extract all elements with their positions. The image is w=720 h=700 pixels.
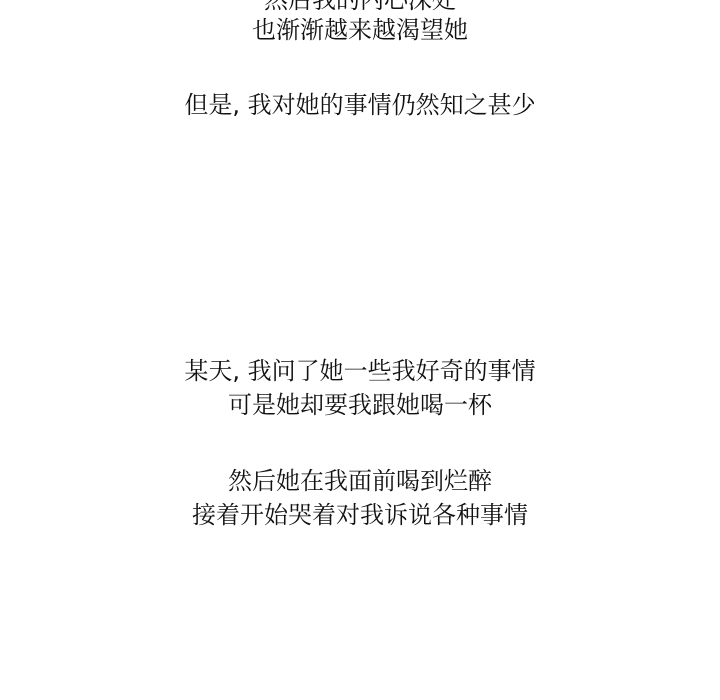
caption-line-2: 也渐渐越来越渴望她 <box>0 13 720 47</box>
caption-line-6: 然后她在我面前喝到烂醉 <box>0 464 720 498</box>
caption-line-4: 某天, 我问了她一些我好奇的事情 <box>0 354 720 388</box>
caption-line-5: 可是她却要我跟她喝一杯 <box>0 388 720 422</box>
comic-panel: 然后我的内心深处 也渐渐越来越渴望她 但是, 我对她的事情仍然知之甚少 某天, … <box>0 0 720 700</box>
caption-line-3: 但是, 我对她的事情仍然知之甚少 <box>0 88 720 122</box>
caption-line-7: 接着开始哭着对我诉说各种事情 <box>0 498 720 532</box>
